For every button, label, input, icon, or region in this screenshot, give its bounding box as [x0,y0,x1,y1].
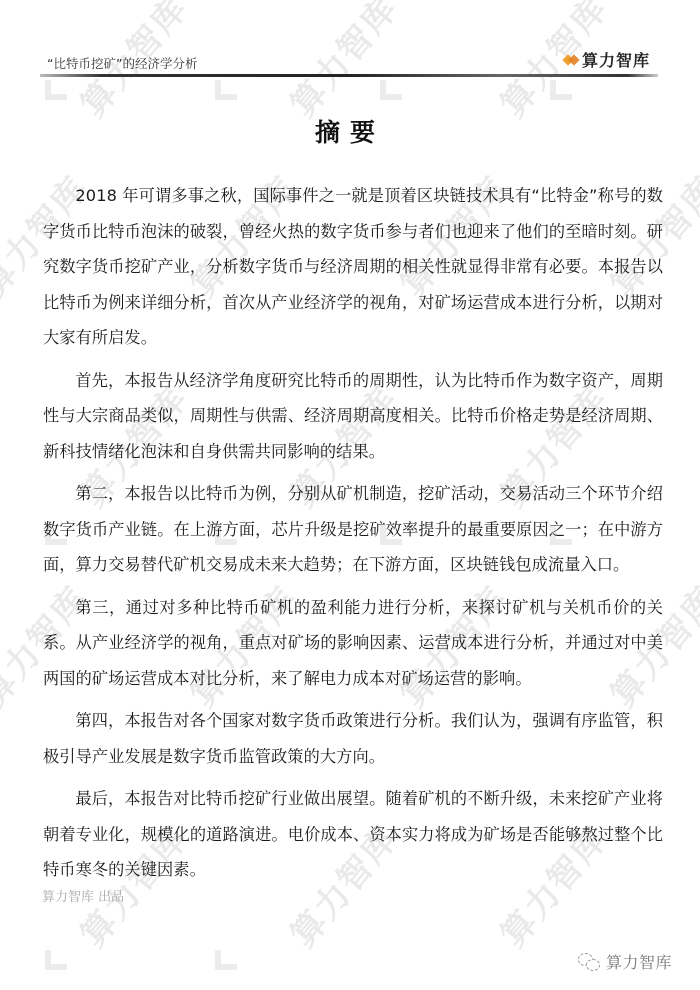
page-title: 摘要 [0,113,700,149]
watermark-logo-icon [215,950,237,970]
watermark-logo-icon [45,950,67,970]
watermark-logo-icon [550,80,572,100]
wechat-account-badge: 算力智库 [578,950,672,973]
paragraph-intro: 2018 年可谓多事之秋，国际事件之一就是顶着区块链技术具有“比特金”称号的数字… [43,178,663,356]
wechat-account-name: 算力智库 [606,950,672,973]
page-header: “比特币挖矿”的经济学分析 算力智库 [40,46,660,76]
watermark-logo-icon [380,80,402,100]
publisher-credit: 算力智库 出品 [42,886,124,905]
document-title: “比特币挖矿”的经济学分析 [47,54,197,72]
paragraph-third: 第三，通过对多种比特币矿机的盈利能力进行分析，来探讨矿机与关机币价的关系。从产业… [43,590,663,697]
abstract-body: 2018 年可谓多事之秋，国际事件之一就是顶着区块链技术具有“比特金”称号的数字… [43,178,663,895]
paragraph-fourth: 第四，本报告对各个国家对数字货币政策进行分析。我们认为，强调有序监管，积极引导产… [43,703,663,774]
header-divider [40,74,658,77]
paragraph-second: 第二，本报告以比特币为例，分别从矿机制造，挖矿活动，交易活动三个环节介绍数字货币… [43,476,663,583]
diamond-logo-icon [564,53,578,67]
paragraph-last: 最后，本报告对比特币挖矿行业做出展望。随着矿机的不断升级，未来挖矿产业将朝着专业… [43,781,663,888]
brand-logo: 算力智库 [564,48,650,71]
brand-name: 算力智库 [582,48,650,71]
paragraph-first: 首先，本报告从经济学角度研究比特币的周期性，认为比特币作为数字资产，周期性与大宗… [43,363,663,470]
wechat-icon [578,953,600,971]
watermark-logo-icon [45,80,67,100]
watermark-logo-icon [215,80,237,100]
